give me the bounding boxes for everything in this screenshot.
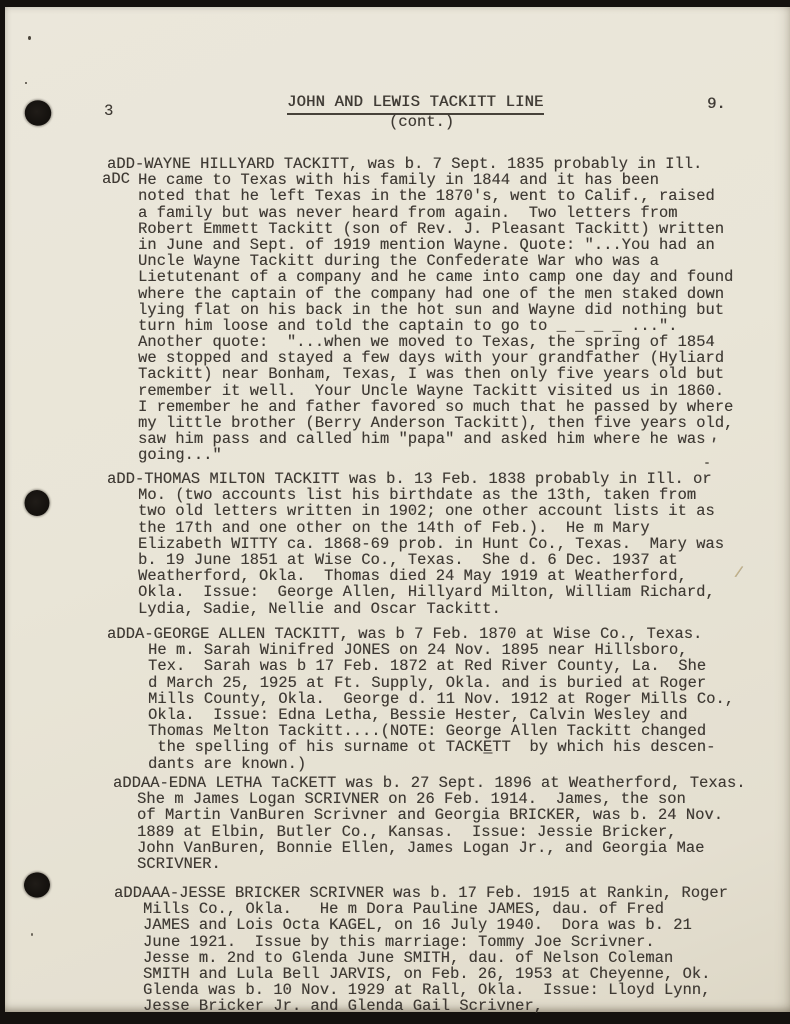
text-line: remember it well. Your Uncle Wayne Tacki…: [107, 383, 733, 399]
text-line: Okla. Issue: George Allen, Hillyard Milt…: [107, 584, 724, 600]
text-line: Jesse m. 2nd to Glenda June SMITH, dau. …: [114, 950, 728, 966]
text-line: where the captain of the company had one…: [107, 286, 733, 302]
text-line: lying flat on his back in the hot sun an…: [107, 302, 733, 318]
paragraph-george-allen-tackitt: aDDA-GEORGE ALLEN TACKITT, was b 7 Feb. …: [107, 626, 734, 772]
text-line: I remember he and father favored so much…: [107, 399, 733, 415]
paragraph-jesse-bricker-scrivner: aDDAAA-JESSE BRICKER SCRIVNER was b. 17 …: [114, 885, 728, 1015]
paragraph-edna-letha-tackett: aDDAA-EDNA LETHA TaCKETT was b. 27 Sept.…: [113, 775, 746, 872]
text-line: d March 25, 1925 at Ft. Supply, Okla. an…: [107, 675, 734, 691]
text-line: aDD-THOMAS MILTON TACKITT was b. 13 Feb.…: [107, 471, 724, 487]
text-line: Weatherford, Okla. Thomas died 24 May 19…: [107, 568, 724, 584]
text-line: SMITH and Lula Bell JARVIS, on Feb. 26, …: [114, 966, 728, 982]
text-line: Lietutenant of a company and he came int…: [107, 269, 733, 285]
text-line: saw him pass and called him "papa" and a…: [107, 431, 733, 447]
page-subtitle: (cont.): [389, 113, 454, 131]
text-line: Okla. Issue: Edna Letha, Bessie Hester, …: [107, 707, 734, 723]
text-line: Uncle Wayne Tackitt during the Confedera…: [107, 253, 733, 269]
text-line: Mills Co., Okla. He m Dora Pauline JAMES…: [114, 901, 728, 917]
text-line: Tex. Sarah was b 17 Feb. 1872 at Red Riv…: [107, 658, 734, 674]
text-line: He came to Texas with his family in 1844…: [107, 172, 733, 188]
punch-hole-bottom: [23, 871, 51, 899]
text-line: Tackitt) near Bonham, Texas, I was then …: [107, 366, 733, 382]
text-line: aDD-WAYNE HILLYARD TACKITT, was b. 7 Sep…: [107, 156, 733, 172]
text-line: Elizabeth WITTY ca. 1868-69 prob. in Hun…: [107, 536, 724, 552]
text-line: of Martin VanBuren Scrivner and Georgia …: [113, 807, 746, 823]
stray-slash-mark: /: [733, 565, 744, 583]
ink-speck: [705, 462, 709, 464]
text-line: Mo. (two accounts list his birthdate as …: [107, 487, 724, 503]
punch-hole-top: [23, 99, 53, 128]
scanned-page: 3 JOHN AND LEWIS TACKITT LINE (cont.) 9.…: [0, 0, 790, 1024]
text-line: my little brother (Berry Anderson Tackit…: [107, 415, 733, 431]
text-line: Mills County, Okla. George d. 11 Nov. 19…: [107, 691, 734, 707]
page-number-right: 9.: [707, 95, 726, 113]
text-line: we stopped and stayed a few days with yo…: [107, 350, 733, 366]
text-line: going...": [107, 447, 733, 463]
text-line: Thomas Melton Tackitt....(NOTE: George A…: [107, 723, 734, 739]
ink-speck: [31, 933, 33, 936]
text-line: turn him loose and told the captain to g…: [107, 318, 733, 334]
text-line: Another quote: "...when we moved to Texa…: [107, 334, 733, 350]
text-line: He m. Sarah Winifred JONES on 24 Nov. 18…: [107, 642, 734, 658]
page-title-wrap: JOHN AND LEWIS TACKITT LINE: [287, 93, 544, 115]
text-line: June 1921. Issue by this marriage: Tommy…: [114, 934, 728, 950]
text-line: aDDAAA-JESSE BRICKER SCRIVNER was b. 17 …: [114, 885, 728, 901]
text-line: noted that he left Texas in the 1870's, …: [107, 188, 733, 204]
text-line: in June and Sept. of 1919 mention Wayne.…: [107, 237, 733, 253]
text-line: a family but was never heard from again.…: [107, 205, 733, 221]
text-line: aDDA-GEORGE ALLEN TACKITT, was b 7 Feb. …: [107, 626, 734, 642]
paragraph-thomas-milton-tackitt: aDD-THOMAS MILTON TACKITT was b. 13 Feb.…: [107, 471, 724, 617]
text-line: dants are known.): [107, 756, 734, 772]
text-line: b. 19 June 1851 at Wise Co., Texas. She …: [107, 552, 724, 568]
text-line: 1889 at Elbin, Butler Co., Kansas. Issue…: [113, 824, 746, 840]
punch-hole-middle: [25, 490, 50, 516]
page-title: JOHN AND LEWIS TACKITT LINE: [287, 93, 544, 115]
paragraph-wayne-hillyard-tackitt: aDD-WAYNE HILLYARD TACKITT, was b. 7 Sep…: [107, 156, 733, 464]
text-line: JAMES and Lois Octa KAGEL, on 16 July 19…: [114, 917, 728, 933]
text-line: She m James Logan SCRIVNER on 26 Feb. 19…: [113, 791, 746, 807]
ink-speck: [28, 36, 31, 40]
page-number-left: 3: [104, 102, 113, 120]
text-line: SCRIVNER.: [113, 856, 746, 872]
text-line: John VanBuren, Bonnie Ellen, James Logan…: [113, 840, 746, 856]
text-line: two old letters written in 1902; one oth…: [107, 503, 724, 519]
ink-speck: [25, 82, 27, 84]
text-line: the spelling of his surname ot TACKE̲TT …: [107, 739, 734, 755]
text-line: Jesse Bricker Jr. and Glenda Gail Scrivn…: [114, 998, 728, 1014]
text-line: Robert Emmett Tackitt (son of Rev. J. Pl…: [107, 221, 733, 237]
text-line: the 17th and one other on the 14th of Fe…: [107, 520, 724, 536]
text-line: aDDAA-EDNA LETHA TaCKETT was b. 27 Sept.…: [113, 775, 746, 791]
text-line: Lydia, Sadie, Nellie and Oscar Tackitt.: [107, 601, 724, 617]
text-line: Glenda was b. 10 Nov. 1929 at Rall, Okla…: [114, 982, 728, 998]
paper: 3 JOHN AND LEWIS TACKITT LINE (cont.) 9.…: [5, 7, 790, 1012]
